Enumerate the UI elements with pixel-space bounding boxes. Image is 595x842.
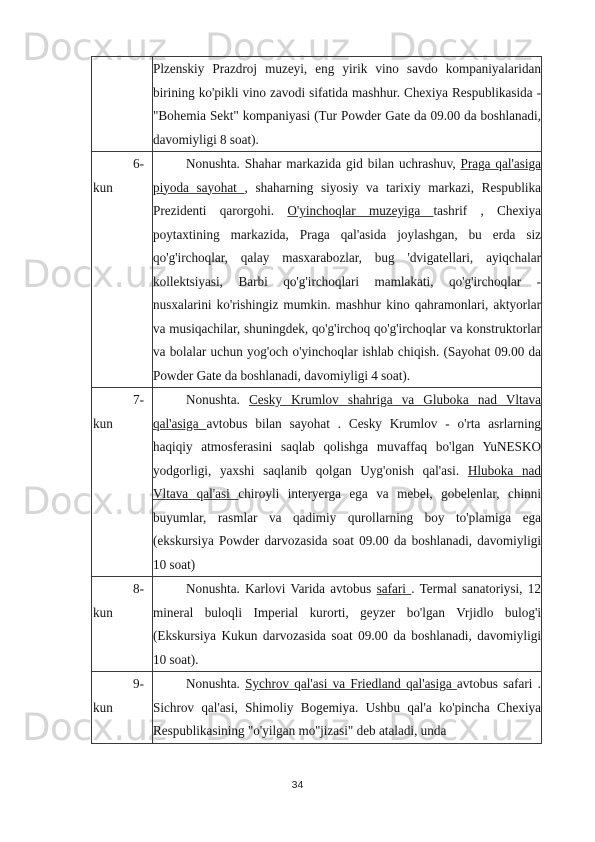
itinerary-row: 6-kunNonushta. Shahar markazida gid bila… (92, 152, 542, 388)
text-run: Nonushta. (186, 392, 249, 407)
day-cell: 6-kun (92, 152, 153, 388)
day-label: kun (92, 696, 152, 720)
description-paragraph: Nonushta. Karlovi Varida avtobus safari … (153, 577, 541, 671)
description-paragraph: Nonushta. Cesky Krumlov shahriga va Glub… (153, 388, 541, 576)
day-cell: 8-kun (92, 577, 153, 672)
day-number: 7- (92, 388, 152, 412)
day-cell (92, 57, 153, 152)
description-cell: Plzenskiy Prazdroj muzeyi, eng yirik vin… (153, 57, 542, 152)
description-paragraph: Nonushta. Shahar markazida gid bilan uch… (153, 152, 541, 387)
itinerary-table: Plzenskiy Prazdroj muzeyi, eng yirik vin… (91, 56, 542, 744)
itinerary-row: Plzenskiy Prazdroj muzeyi, eng yirik vin… (92, 57, 542, 152)
text-run: Nonushta. Shahar markazida gid bilan uch… (186, 156, 461, 171)
description-cell: Nonushta. Sychrov qal'asi va Friedland q… (153, 672, 542, 744)
day-number: 6- (92, 152, 152, 176)
day-label: kun (92, 176, 152, 200)
day-number: 8- (92, 577, 152, 601)
day-label: kun (92, 601, 152, 625)
page-number: 34 (0, 779, 595, 791)
hyperlink[interactable]: Sychrov qal'asi va Friedland qal'asiga (245, 676, 457, 691)
text-run: tashrif , Chexiya poytaxtining markazida… (153, 203, 541, 383)
hyperlink[interactable]: O'yinchoqlar muzeyiga (287, 203, 433, 218)
description-cell: Nonushta. Cesky Krumlov shahriga va Glub… (153, 388, 542, 577)
itinerary-row: 8-kunNonushta. Karlovi Varida avtobus sa… (92, 577, 542, 672)
day-number: 9- (92, 672, 152, 696)
description-cell: Nonushta. Karlovi Varida avtobus safari … (153, 577, 542, 672)
text-run: Nonushta. Karlovi Varida avtobus (186, 581, 377, 596)
description-paragraph: Nonushta. Sychrov qal'asi va Friedland q… (153, 672, 541, 743)
hyperlink[interactable]: safari (377, 581, 412, 596)
itinerary-row: 9-kunNonushta. Sychrov qal'asi va Friedl… (92, 672, 542, 744)
description-paragraph: Plzenskiy Prazdroj muzeyi, eng yirik vin… (153, 57, 541, 151)
itinerary-row: 7-kunNonushta. Cesky Krumlov shahriga va… (92, 388, 542, 577)
description-cell: Nonushta. Shahar markazida gid bilan uch… (153, 152, 542, 388)
itinerary-table-body: Plzenskiy Prazdroj muzeyi, eng yirik vin… (92, 57, 542, 744)
text-run: Nonushta. (186, 676, 245, 691)
text-run: Plzenskiy Prazdroj muzeyi, eng yirik vin… (153, 61, 541, 147)
day-cell: 9-kun (92, 672, 153, 744)
day-label: kun (92, 412, 152, 436)
day-cell: 7-kun (92, 388, 153, 577)
